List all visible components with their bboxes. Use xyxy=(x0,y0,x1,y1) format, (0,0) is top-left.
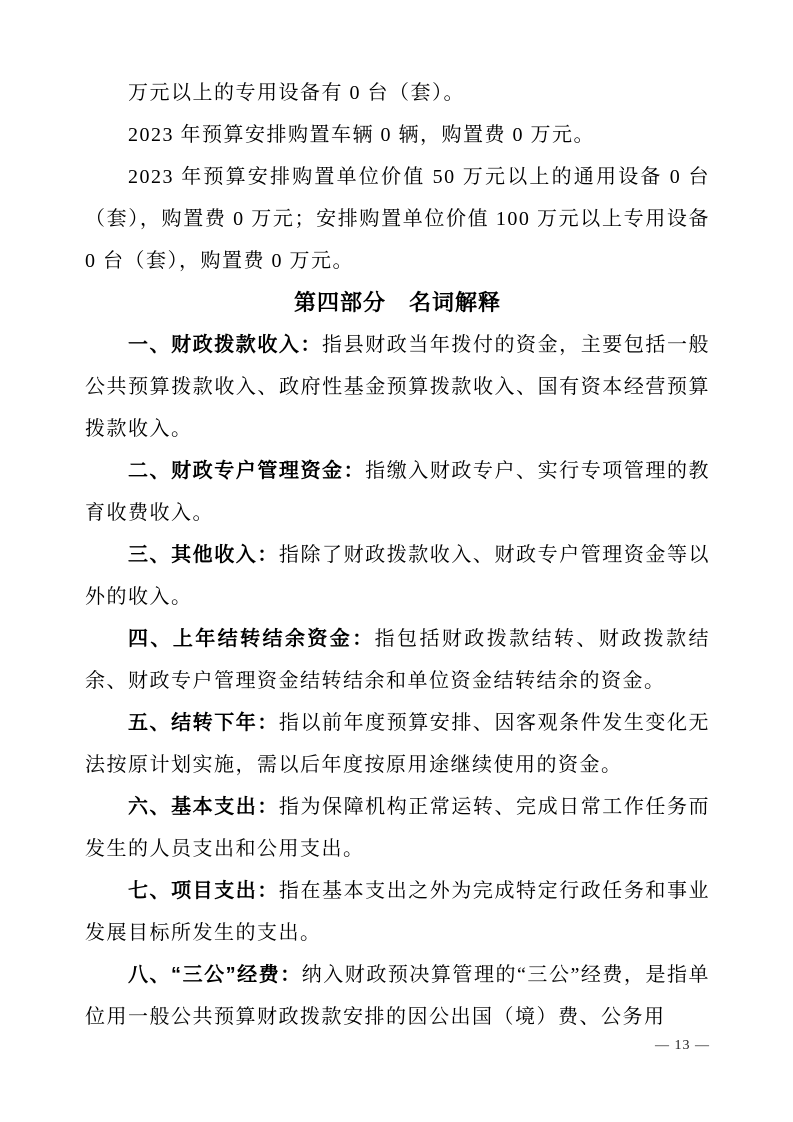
definition-term: 四、上年结转结余资金： xyxy=(128,628,375,650)
definition-item: 五、结转下年：指以前年度预算安排、因客观条件发生变化无法按原计划实施，需以后年度… xyxy=(85,702,710,786)
definition-item: 八、“三公”经费：纳入财政预决算管理的“三公”经费，是指单位用一般公共预算财政拨… xyxy=(85,954,710,1038)
definition-item: 七、项目支出：指在基本支出之外为完成特定行政任务和事业发展目标所发生的支出。 xyxy=(85,870,710,954)
definition-item: 四、上年结转结余资金：指包括财政拨款结转、财政拨款结余、财政专户管理资金结转结余… xyxy=(85,618,710,702)
intro-paragraph: 2023 年预算安排购置单位价值 50 万元以上的通用设备 0 台（套），购置费… xyxy=(85,156,710,282)
definition-term: 五、结转下年： xyxy=(128,712,279,734)
definition-item: 一、财政拨款收入：指县财政当年拨付的资金，主要包括一般公共预算拨款收入、政府性基… xyxy=(85,324,710,450)
definition-item: 二、财政专户管理资金：指缴入财政专户、实行专项管理的教育收费收入。 xyxy=(85,450,710,534)
definition-term: 二、财政专户管理资金： xyxy=(128,460,365,482)
intro-paragraph: 万元以上的专用设备有 0 台（套）。 xyxy=(85,72,710,114)
document-content: 万元以上的专用设备有 0 台（套）。 2023 年预算安排购置车辆 0 辆，购置… xyxy=(85,72,710,1038)
definition-term: 七、项目支出： xyxy=(128,880,279,902)
definition-item: 三、其他收入：指除了财政拨款收入、财政专户管理资金等以外的收入。 xyxy=(85,534,710,618)
document-page: 万元以上的专用设备有 0 台（套）。 2023 年预算安排购置车辆 0 辆，购置… xyxy=(0,0,793,1122)
definition-term: 八、“三公”经费： xyxy=(128,964,302,986)
definition-item: 六、基本支出：指为保障机构正常运转、完成日常工作任务而发生的人员支出和公用支出。 xyxy=(85,786,710,870)
page-number: — 13 — xyxy=(655,1036,710,1056)
definition-term: 一、财政拨款收入： xyxy=(128,334,322,356)
intro-paragraph: 2023 年预算安排购置车辆 0 辆，购置费 0 万元。 xyxy=(85,114,710,156)
definition-term: 六、基本支出： xyxy=(128,796,279,818)
definition-term: 三、其他收入： xyxy=(128,544,279,566)
section-heading: 第四部分 名词解释 xyxy=(85,282,710,324)
